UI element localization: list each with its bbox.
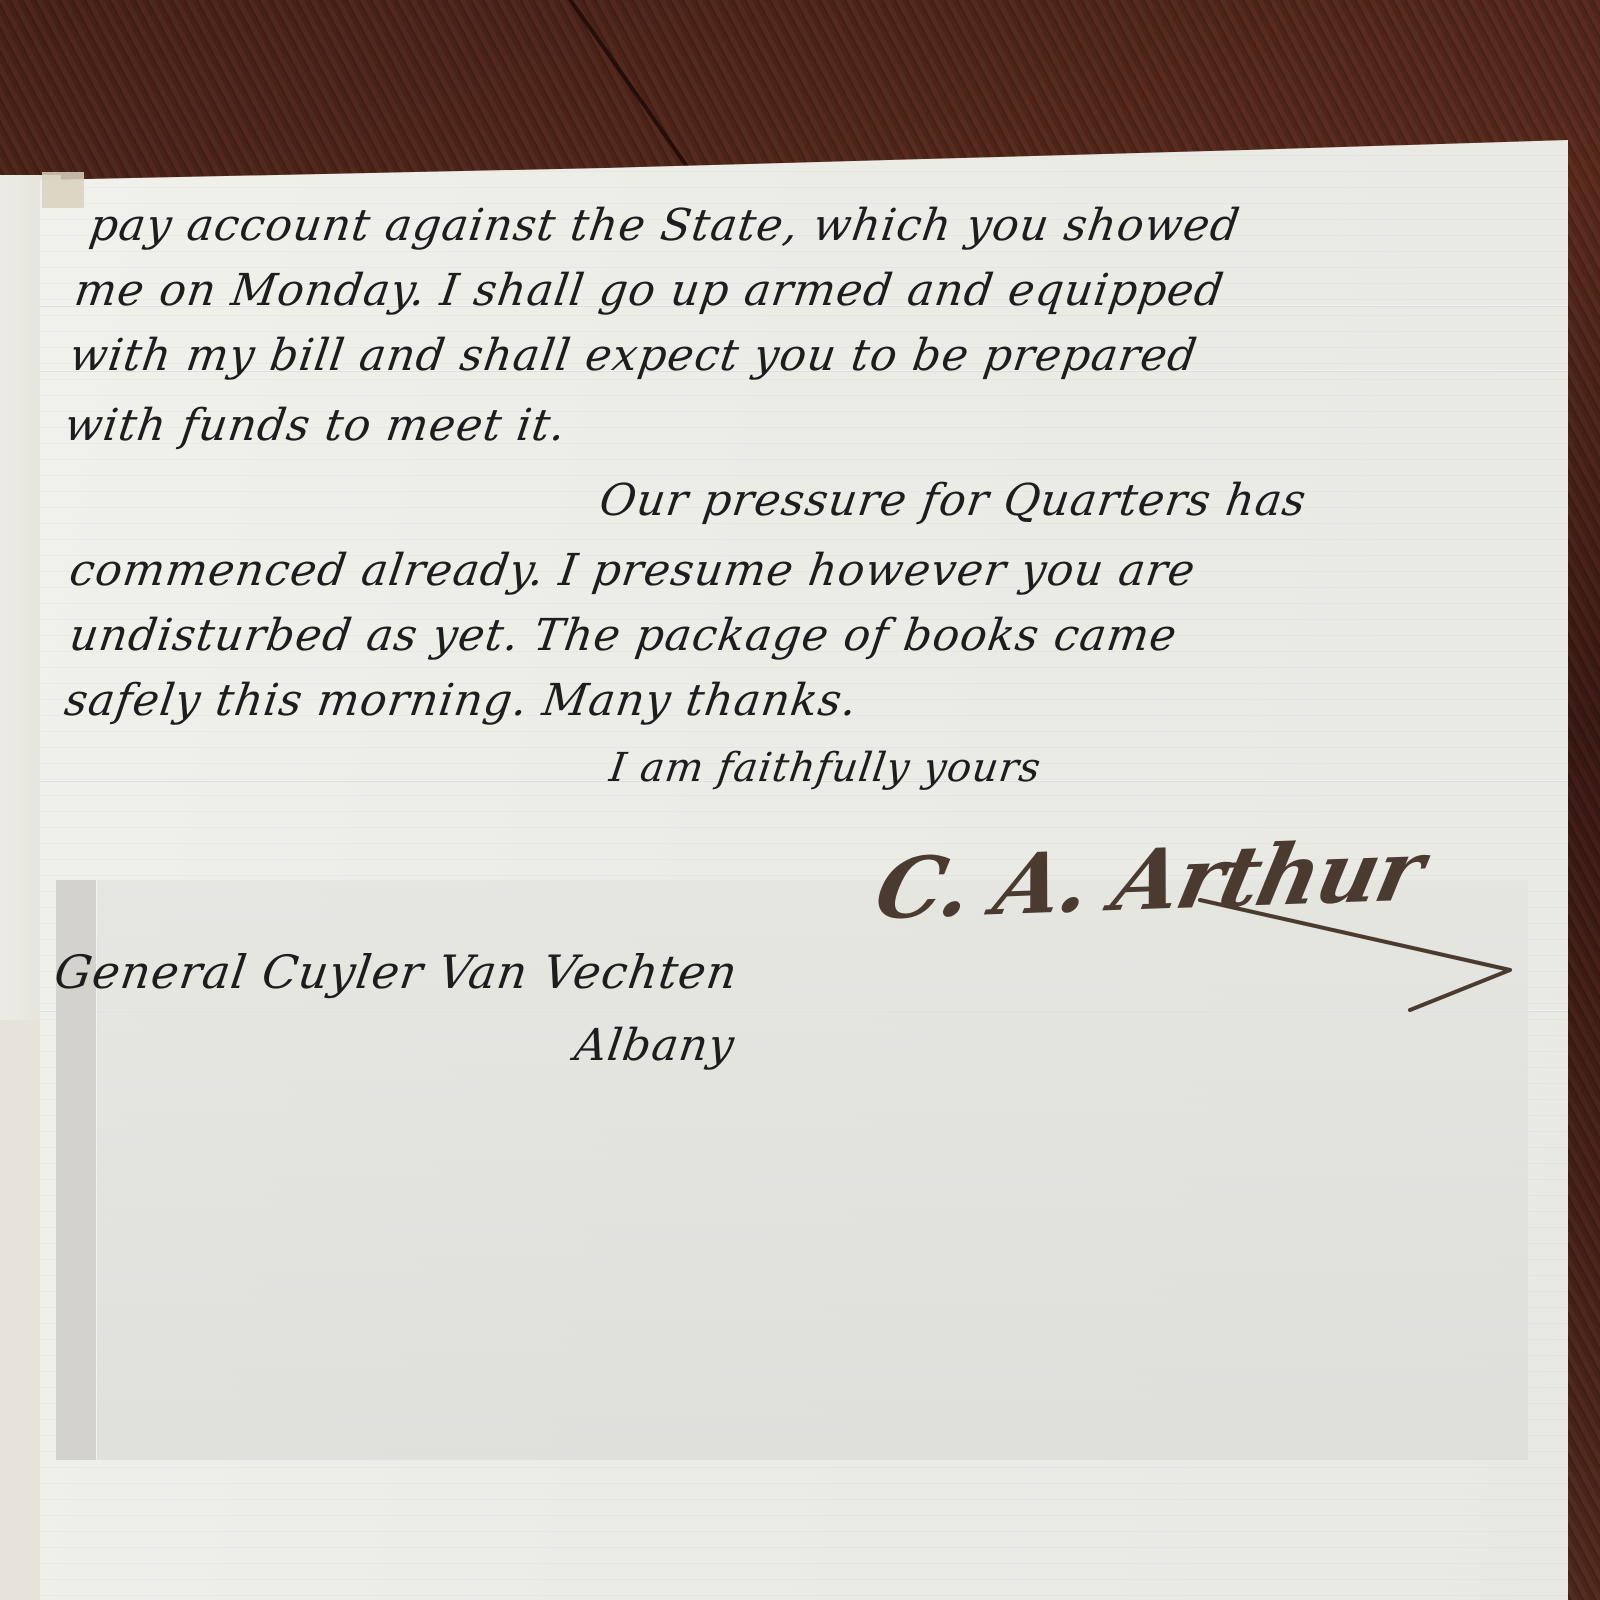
letter-body-line-4: with funds to meet it. [61,400,569,451]
letter-closing: I am faithfully yours [607,745,1044,791]
signature-flourish-icon [1190,860,1520,1020]
letter-body-line-8: safely this morning. Many thanks. [61,675,860,726]
letter-body-line-3: with my bill and shall expect you to be … [66,330,1200,381]
letter-body-line-7: undisturbed as yet. The package of books… [66,610,1180,661]
letter-body-line-2: me on Monday. I shall go up armed and eq… [71,265,1227,316]
tape-hinge [42,172,84,208]
addressee-city: Albany [571,1020,738,1071]
letter-body-line-5: Our pressure for Quarters has [596,475,1309,526]
letter-body-line-6: commenced already. I presume however you… [66,545,1198,596]
letter-body-line-1: pay account against the State, which you… [86,200,1243,251]
folder-mount-lower [0,1020,40,1600]
addressee-name: General Cuyler Van Vechten [51,945,741,999]
